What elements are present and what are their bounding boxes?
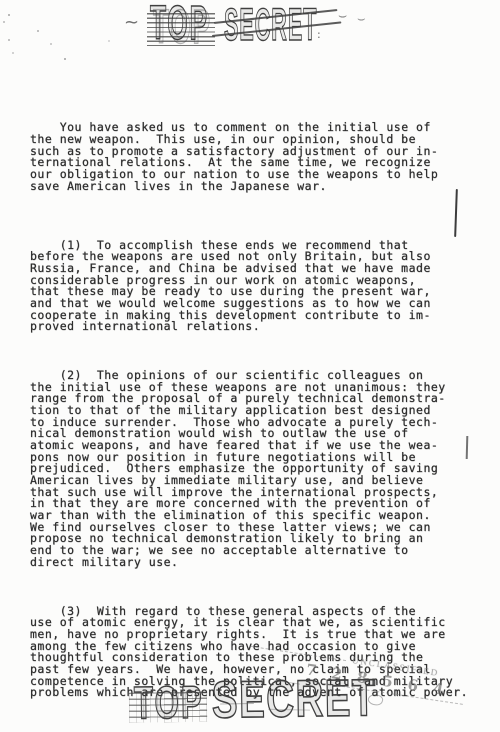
ink-dot-mark: : <box>317 28 321 41</box>
paragraph-1: (1) To accomplish these ends we recommen… <box>30 240 485 333</box>
strikeout-hatching <box>129 692 207 723</box>
document-page: ~ TOP TOP SECRET ⌣ ⌣ : You have asked us… <box>0 0 500 732</box>
pen-curve-mark: ⌣ <box>357 12 366 27</box>
strikeout-hatching <box>147 13 215 46</box>
top-secret-stamp-bottom: TOP SECRET <box>116 674 392 732</box>
stamp-word-secret: SECRET <box>212 677 378 721</box>
pen-tilde-mark: ~ <box>124 12 139 33</box>
pen-curve-mark: ⌣ <box>338 8 347 24</box>
paragraph-2: (2) The opinions of our scientific colle… <box>30 370 485 568</box>
document-body: You have asked us to comment on the init… <box>30 99 485 732</box>
scan-speckles <box>8 14 10 16</box>
paragraph-intro: You have asked us to comment on the init… <box>30 122 485 192</box>
